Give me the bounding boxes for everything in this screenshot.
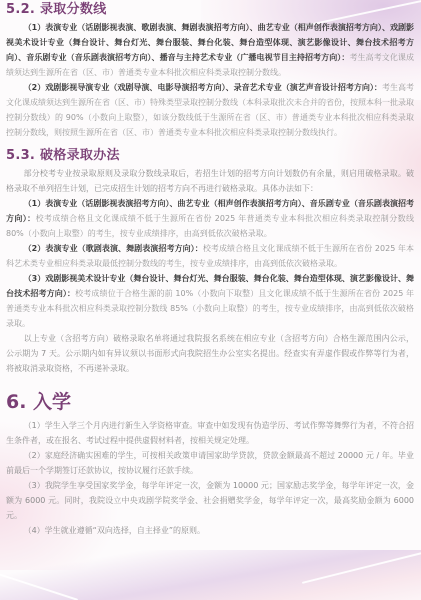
paragraph-5-3-closing: 以上专业（含招考方向）破格录取名单将通过我院报名系统在相应专业（含招考方向）合格… bbox=[6, 331, 414, 376]
paragraph-5-2-item-1: （1）表演专业（话剧影视表演、歌剧表演、舞剧表演招考方向）、曲艺专业（相声创作表… bbox=[6, 20, 414, 80]
paragraph-6-item-3: （3）我院学生享受国家奖学金，每学年评定一次，金额为 10000 元；国家励志奖… bbox=[6, 478, 414, 523]
paragraph-5-2-item-2: （2）戏剧影视导演专业（戏剧导演、电影导演招考方向）、录音艺术专业（演艺声音设计… bbox=[6, 80, 414, 140]
paragraph-6-item-4: （4）学生就业遵循“双向选择，自主择业”的原则。 bbox=[6, 523, 414, 538]
paragraph-5-3-item-3: （3）戏剧影视美术设计专业（舞台设计、舞台灯光、舞台服装、舞台化装、舞台造型体现… bbox=[6, 271, 414, 331]
body-text: 校考成绩合格且文化课成绩不低于生源所在省份 2025 年普通类专业本科批次相应科… bbox=[6, 214, 414, 238]
paragraph-5-3-item-2: （2）表演专业（歌剧表演、舞剧表演招考方向）：校考成绩合格且文化课成绩不低于生源… bbox=[6, 241, 414, 271]
paragraph-6-item-1: （1）学生入学三个月内进行新生入学资格审查。审查中如发现有伪造学历、考试作弊等舞… bbox=[6, 418, 414, 448]
paragraph-6-item-2: （2）家庭经济确实困难的学生，可按相关政策申请国家助学贷款，贷款金额最高不超过 … bbox=[6, 448, 414, 478]
section-heading-5-3: 5.3. 破格录取办法 bbox=[6, 146, 414, 166]
paragraph-5-3-intro: 部分校考专业按录取原则及录取分数线录取后，若招生计划的招考方向计划数仍有余量，则… bbox=[6, 166, 414, 196]
section-heading-5-2: 5.2. 录取分数线 bbox=[6, 0, 414, 20]
decorative-swoosh bbox=[302, 548, 421, 584]
decorative-gradient-bottom bbox=[0, 550, 421, 600]
decorative-swoosh bbox=[0, 571, 78, 600]
document-page: 5.2. 录取分数线 （1）表演专业（话剧影视表演、歌剧表演、舞剧表演招考方向）… bbox=[0, 0, 421, 538]
bold-lead: （2）戏剧影视导演专业（戏剧导演、电影导演招考方向）、录音艺术专业（演艺声音设计… bbox=[24, 83, 382, 92]
bold-lead: （2）表演专业（歌剧表演、舞剧表演招考方向）： bbox=[24, 244, 203, 253]
section-heading-6: 6. 入学 bbox=[6, 390, 414, 414]
paragraph-5-3-item-1: （1）表演专业（话剧影视表演招考方向）、曲艺专业（相声创作表演招考方向）、音乐剧… bbox=[6, 196, 414, 241]
